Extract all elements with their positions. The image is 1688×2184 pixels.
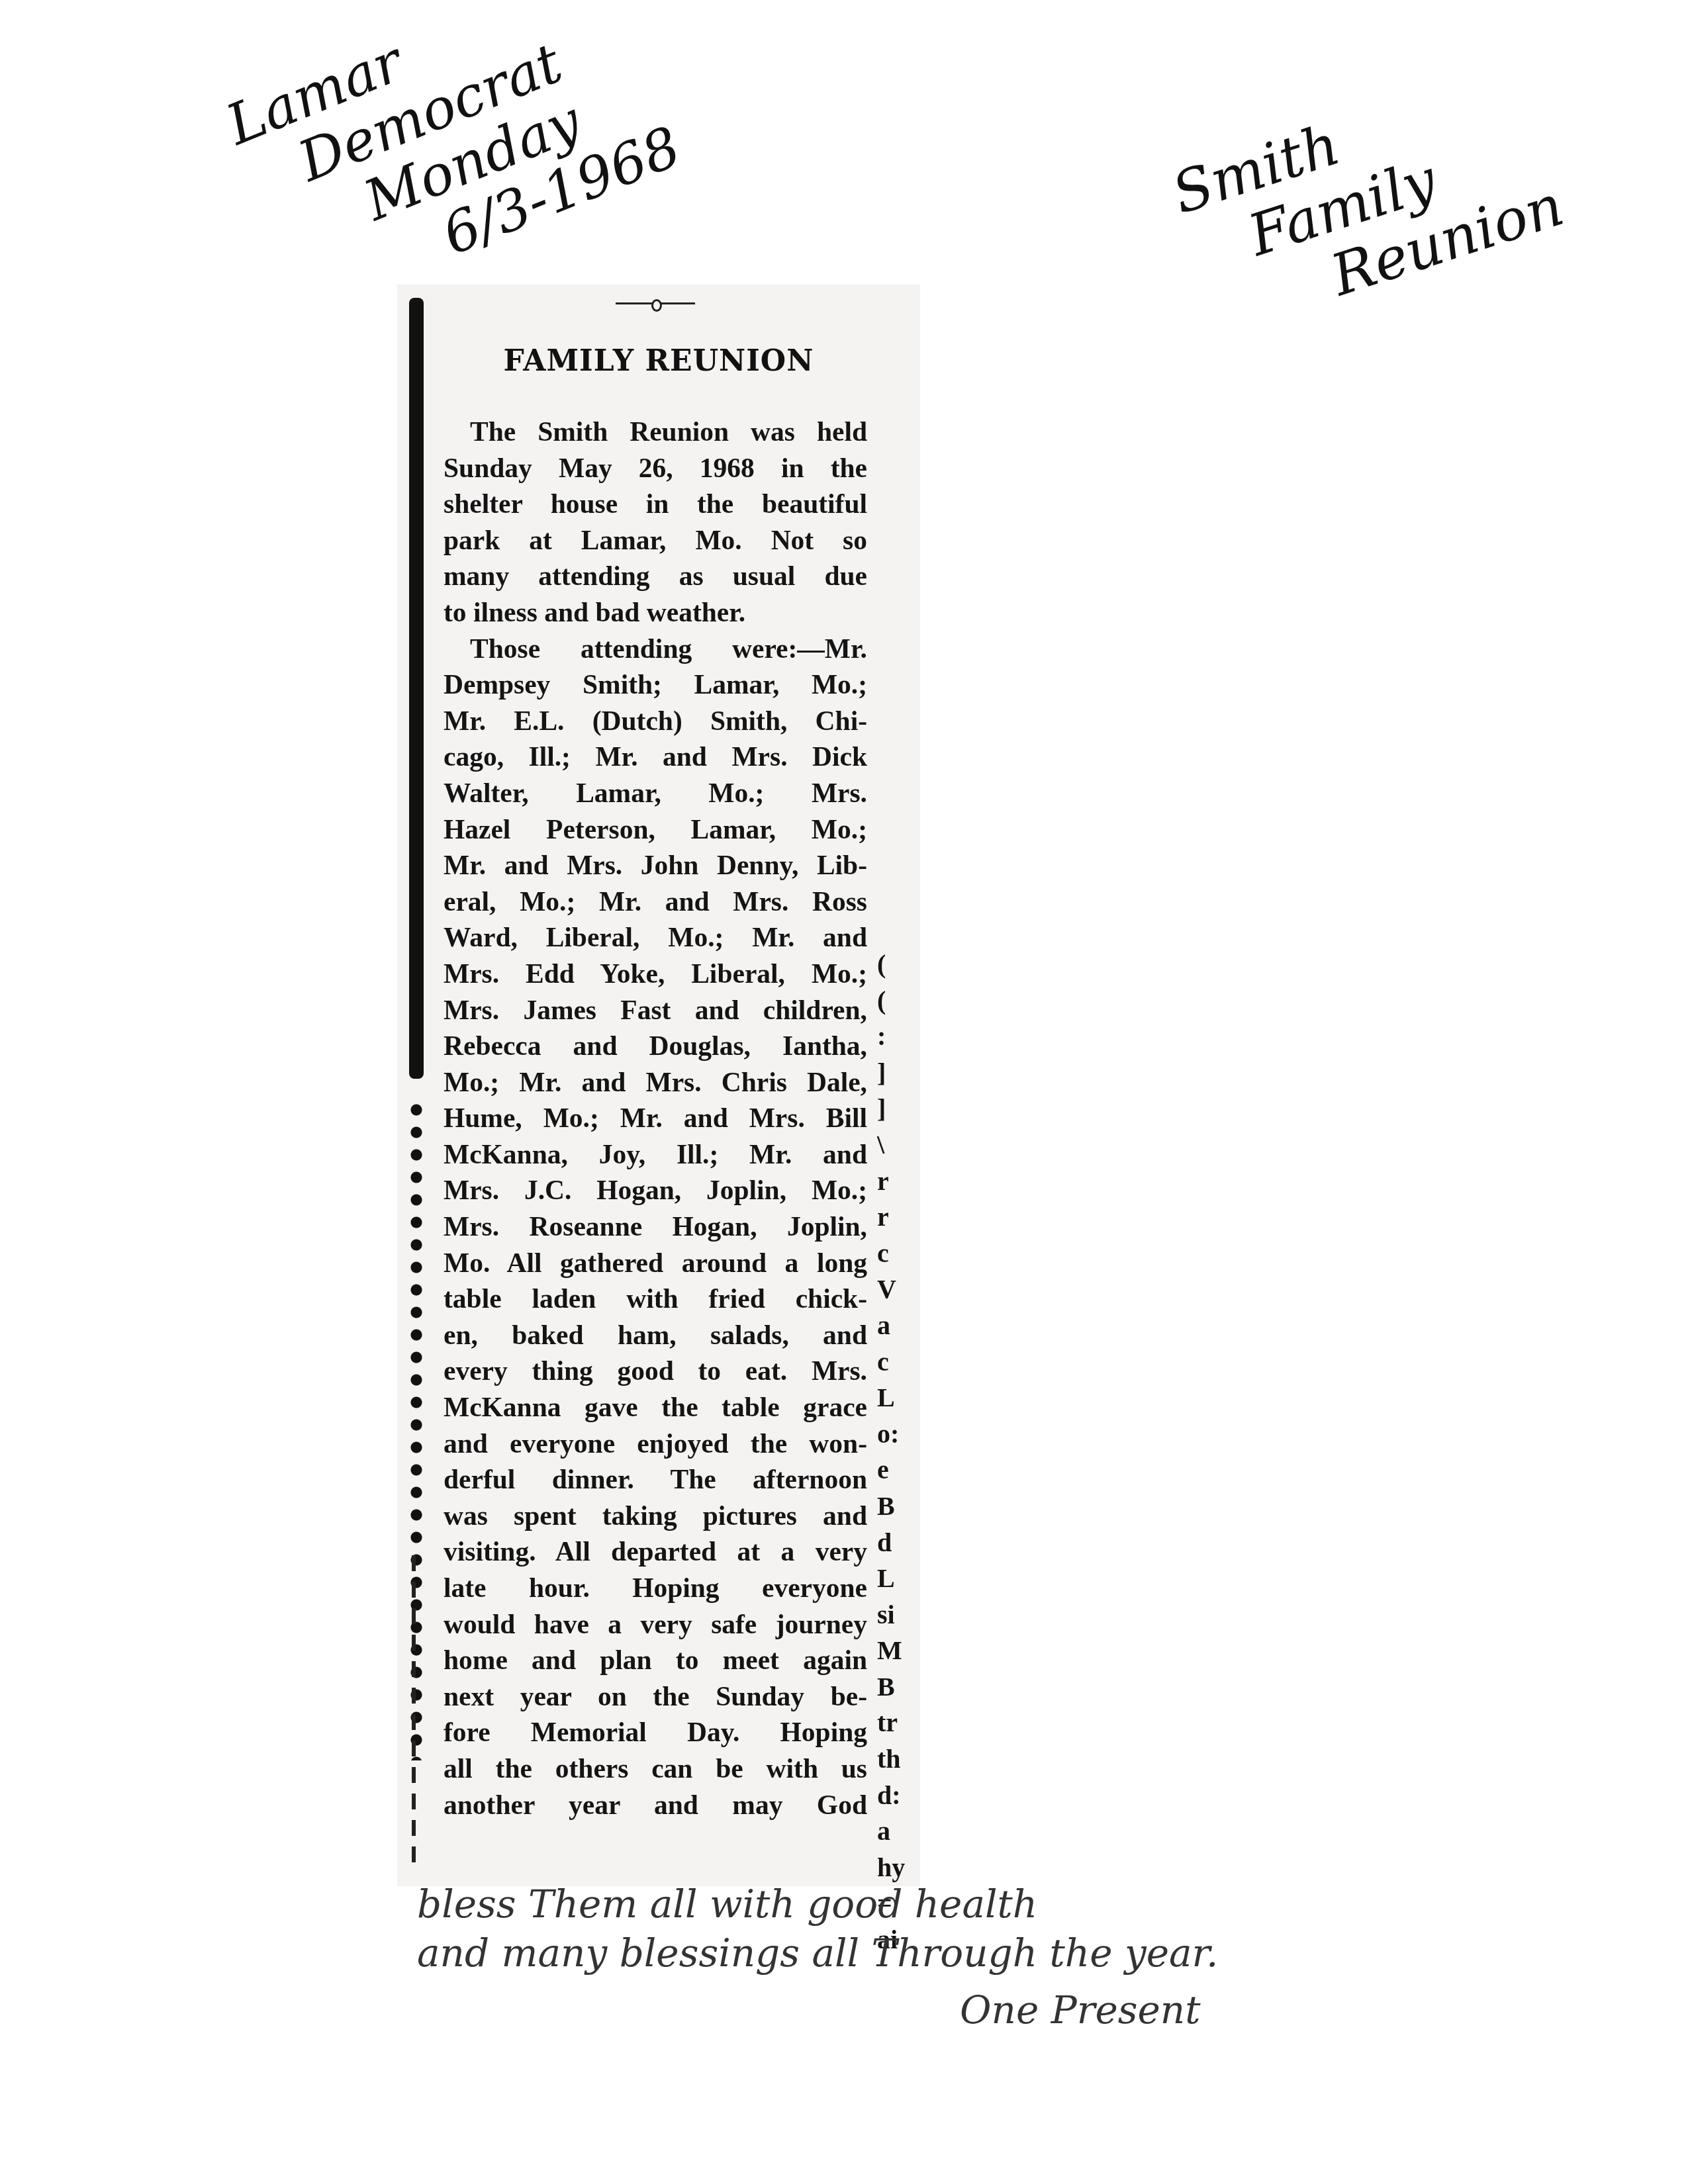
adjacent-fragment: r [877, 1163, 917, 1200]
article-line: park at Lamar, Mo. Not so [444, 522, 867, 559]
dashed-column-border [412, 1555, 416, 1873]
newspaper-clipping: FAMILY REUNION The Smith Reunion was hel… [397, 285, 920, 1886]
article-line: another year and may God [444, 1787, 867, 1823]
adjacent-fragment: L [877, 1380, 917, 1416]
handwritten-line: and many blessings all Through the year. [417, 1929, 1218, 1978]
article-line: was spent taking pictures and [444, 1498, 867, 1534]
adjacent-fragment: o: [877, 1416, 917, 1453]
article-line: Dempsey Smith; Lamar, Mo.; [444, 666, 867, 703]
article-line: would have a very safe journey [444, 1606, 867, 1643]
article-line: next year on the Sunday be- [444, 1678, 867, 1715]
article-line: Mr. and Mrs. John Denny, Lib- [444, 847, 867, 884]
adjacent-fragment: ] [877, 1055, 917, 1091]
article-line: Mr. E.L. (Dutch) Smith, Chi- [444, 703, 867, 739]
adjacent-fragment: ( [877, 946, 917, 983]
article-line: Hume, Mo.; Mr. and Mrs. Bill [444, 1100, 867, 1136]
handwritten-signature: One Present [960, 1985, 1201, 2034]
article-line: all the others can be with us [444, 1751, 867, 1787]
adjacent-fragment: a [877, 1308, 917, 1344]
dotted-column-border [406, 1099, 426, 1760]
adjacent-fragment: d [877, 1525, 917, 1561]
adjacent-column-fragments: ((:]]\rrcVacLo:eBdLsiMBtrthd:ahy=ai [877, 946, 917, 1958]
article-line: en, baked ham, salads, and [444, 1317, 867, 1353]
adjacent-fragment: \ [877, 1127, 917, 1163]
column-rule-border [409, 298, 424, 1079]
article-line: cago, Ill.; Mr. and Mrs. Dick [444, 739, 867, 775]
article-line: derful dinner. The afternoon [444, 1461, 867, 1498]
adjacent-fragment: e [877, 1452, 917, 1488]
article-line: Ward, Liberal, Mo.; Mr. and [444, 919, 867, 956]
adjacent-fragment: r [877, 1199, 917, 1236]
article-line: Mo.; Mr. and Mrs. Chris Dale, [444, 1064, 867, 1101]
adjacent-fragment: B [877, 1669, 917, 1706]
article-line: Mrs. James Fast and children, [444, 992, 867, 1028]
adjacent-fragment: V [877, 1271, 917, 1308]
ornamental-rule-icon [616, 299, 695, 307]
article-line: McKanna, Joy, Ill.; Mr. and [444, 1136, 867, 1173]
handwritten-continuation: bless Them all with good health and many… [417, 1880, 1218, 1978]
article-line: Mrs. J.C. Hogan, Joplin, Mo.; [444, 1172, 867, 1208]
adjacent-fragment: M [877, 1633, 917, 1669]
adjacent-fragment: ( [877, 983, 917, 1019]
article-line: Rebecca and Douglas, Iantha, [444, 1028, 867, 1064]
article-line: visiting. All departed at a very [444, 1533, 867, 1570]
adjacent-fragment: si [877, 1597, 917, 1633]
article-line: Hazel Peterson, Lamar, Mo.; [444, 811, 867, 848]
article-line: shelter house in the beautiful [444, 486, 867, 522]
adjacent-fragment: : [877, 1019, 917, 1055]
adjacent-fragment: ] [877, 1091, 917, 1127]
adjacent-fragment: th [877, 1741, 917, 1778]
article-line: to ilness and bad weather. [444, 594, 867, 631]
article-body: The Smith Reunion was heldSunday May 26,… [444, 414, 867, 1823]
article-line: many attending as usual due [444, 558, 867, 594]
article-headline: FAMILY REUNION [397, 344, 920, 378]
article-line: Mo. All gathered around a long [444, 1245, 867, 1281]
article-line: The Smith Reunion was held [444, 414, 867, 450]
article-line: and everyone enjoyed the won- [444, 1426, 867, 1462]
article-line: Those attending were:—Mr. [444, 631, 867, 667]
article-line: eral, Mo.; Mr. and Mrs. Ross [444, 884, 867, 920]
handwritten-title-note: Smith Family Reunion [1165, 53, 1571, 347]
adjacent-fragment: c [877, 1236, 917, 1272]
adjacent-fragment: L [877, 1561, 917, 1597]
article-line: fore Memorial Day. Hoping [444, 1714, 867, 1751]
article-line: table laden with fried chick- [444, 1281, 867, 1317]
adjacent-fragment: B [877, 1488, 917, 1525]
adjacent-fragment: c [877, 1344, 917, 1381]
adjacent-fragment: d: [877, 1778, 917, 1814]
article-line: home and plan to meet again [444, 1642, 867, 1678]
article-line: Mrs. Edd Yoke, Liberal, Mo.; [444, 956, 867, 992]
handwritten-source-note: Lamar Democrat Monday 6/3-1968 [218, 0, 688, 325]
article-line: late hour. Hoping everyone [444, 1570, 867, 1606]
adjacent-fragment: tr [877, 1705, 917, 1741]
article-line: Sunday May 26, 1968 in the [444, 450, 867, 486]
article-line: McKanna gave the table grace [444, 1389, 867, 1426]
adjacent-fragment: a [877, 1813, 917, 1850]
handwritten-line: bless Them all with good health [417, 1880, 1218, 1929]
article-line: every thing good to eat. Mrs. [444, 1353, 867, 1389]
article-line: Walter, Lamar, Mo.; Mrs. [444, 775, 867, 811]
article-line: Mrs. Roseanne Hogan, Joplin, [444, 1208, 867, 1245]
